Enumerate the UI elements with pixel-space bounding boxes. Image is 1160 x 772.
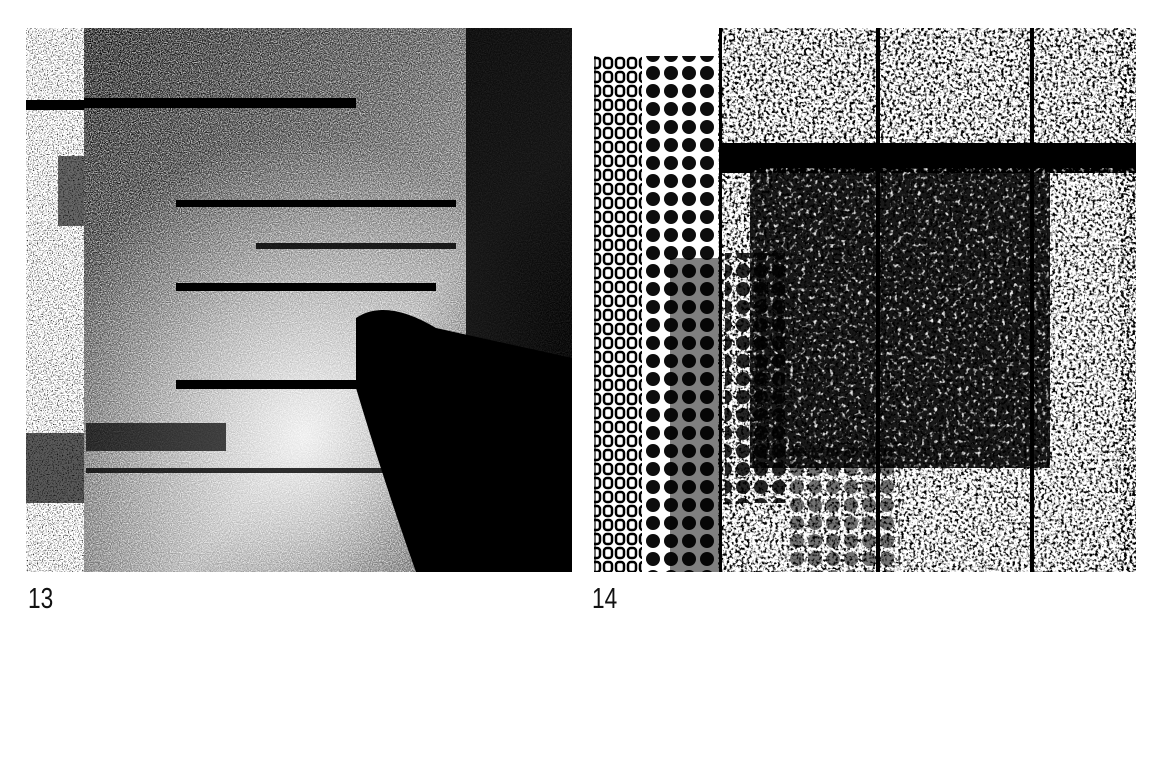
figure-number: 13 xyxy=(28,585,53,614)
figure-number: 14 xyxy=(592,585,617,614)
figure-14: 14 xyxy=(590,28,1136,572)
figure-13-image xyxy=(26,28,572,572)
figure-13: 13 xyxy=(26,28,572,572)
figure-14-image xyxy=(590,28,1136,572)
